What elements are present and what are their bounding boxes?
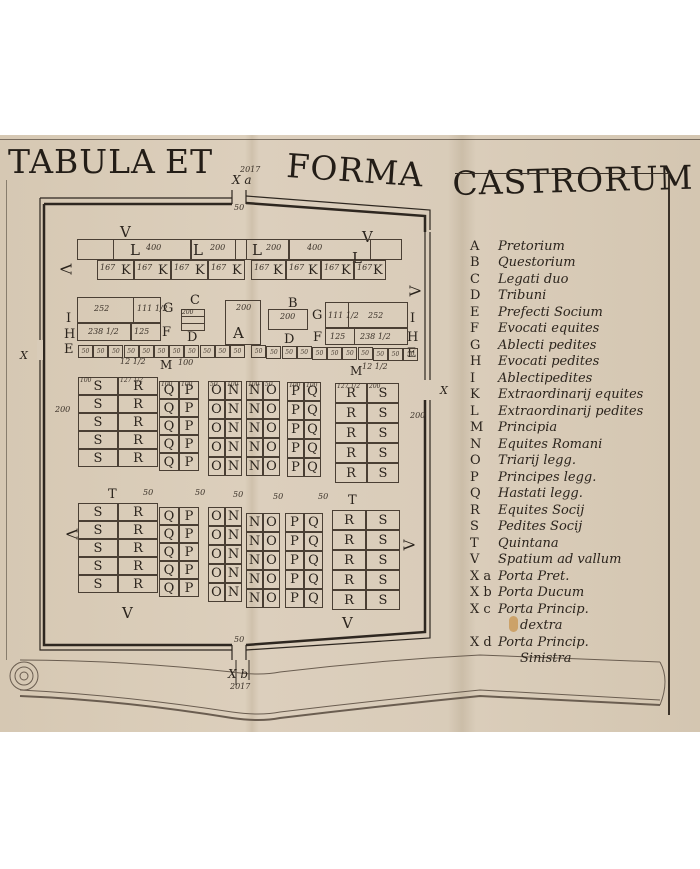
grid-cell: R <box>335 423 367 443</box>
legend-item: KExtraordinarij equites <box>470 387 670 404</box>
m-label-left: M <box>160 359 172 371</box>
legend-key: K <box>470 387 498 402</box>
gate-xa-distance: 2017 <box>240 166 260 174</box>
grid-header-value: 50 <box>210 382 218 388</box>
grid-cell: R <box>118 539 158 557</box>
l-value-1: 400 <box>146 244 161 252</box>
legend-value: Prefecti Socium <box>498 305 603 320</box>
grid-cell: N <box>246 589 263 608</box>
legend-value: Porta Princip. <box>498 635 589 650</box>
grid-cell: O <box>208 526 225 545</box>
grid-cell: R <box>118 521 158 539</box>
grid-cell: S <box>366 530 400 550</box>
f-label-right: F <box>313 331 322 344</box>
e-cell: 50 <box>327 347 342 360</box>
legend-value: Ablectipedites <box>498 371 592 386</box>
d-label-left: D <box>187 331 197 344</box>
legend: APretoriumBQuestoriumCLegati duoDTribuni… <box>470 238 670 667</box>
h-value-right: 238 1/2 <box>360 333 391 341</box>
legend-value: Legati duo <box>498 272 568 287</box>
grid-cell: Q <box>304 589 323 608</box>
grid-cell: S <box>78 449 118 467</box>
k-cell: 167K <box>321 260 354 280</box>
k-value: 167 <box>324 264 339 272</box>
legend-key: T <box>470 536 498 551</box>
legend-value: Pedites Socij <box>498 519 582 534</box>
grid-cell: R <box>118 575 158 593</box>
grid-cell: P <box>285 532 304 551</box>
grid-cell: Q <box>159 525 179 543</box>
grid-cell: Q <box>159 579 179 597</box>
grid-cell: O <box>263 438 280 457</box>
legend-item: CLegati duo <box>470 271 670 288</box>
l-label-2: L <box>193 243 203 258</box>
e-cell: 50 <box>78 345 93 358</box>
gate-xd-distance: 200 <box>410 412 425 420</box>
grid-header-value: 200 <box>369 384 380 390</box>
grid-cell: R <box>118 449 158 467</box>
legend-value: Evocati equites <box>498 321 599 336</box>
e-cell: 50 <box>312 347 327 360</box>
spacing-4: 50 <box>273 493 283 501</box>
legend-item: SPedites Socij <box>470 519 670 536</box>
legend-value: Porta Pret. <box>498 569 569 584</box>
legend-item: MPrincipia <box>470 420 670 437</box>
legend-value: Principes legg. <box>498 470 596 485</box>
grid-cell: Q <box>159 507 179 525</box>
grid-header-value: 100 <box>248 382 259 388</box>
grid-cell: N <box>246 457 263 476</box>
grid-cell: Q <box>304 439 321 458</box>
legend-value: Pretorium <box>498 239 565 254</box>
grid-cell: O <box>263 532 280 551</box>
grid-cell: O <box>208 419 225 438</box>
grid-cell: N <box>246 532 263 551</box>
grid-cell: R <box>118 431 158 449</box>
legend-item: X bPorta Ducum <box>470 585 670 602</box>
legend-item: TQuintana <box>470 535 670 552</box>
grid-cell: N <box>246 551 263 570</box>
h-label-left: H <box>64 328 75 341</box>
spacing-5: 50 <box>318 493 328 501</box>
legend-key: R <box>470 503 498 518</box>
grid-cell: Q <box>304 420 321 439</box>
legend-key: X d <box>470 635 498 650</box>
v-label-right-bottom: V <box>400 540 418 551</box>
e-cell: 50 <box>93 345 108 358</box>
legend-value: Sinistra <box>498 651 571 666</box>
e-cell: 50 <box>373 348 388 361</box>
f-value-left: 125 <box>134 328 149 336</box>
grid-cell: O <box>208 564 225 583</box>
grid-cell: P <box>179 453 199 471</box>
grid-cell: O <box>263 513 280 532</box>
grid-cell: O <box>208 583 225 602</box>
l-label-1: L <box>130 243 140 258</box>
legend-value: Evocati pedites <box>498 354 599 369</box>
grid-cell: S <box>78 395 118 413</box>
e-cell: 50 <box>403 348 418 361</box>
gate-xa-inner: 50 <box>234 204 244 212</box>
k-label: K <box>195 264 205 277</box>
grid-cell: Q <box>304 551 323 570</box>
legend-value: Equites Socij <box>498 503 584 518</box>
v-label-bottom-left: V <box>122 604 133 622</box>
spacing-2: 50 <box>195 489 205 497</box>
legend-value: Questorium <box>498 255 576 270</box>
h-label-right: H <box>407 331 418 344</box>
m-offset-left: 12 1/2 <box>120 358 146 366</box>
k-label: K <box>341 264 351 277</box>
legend-item: dextra <box>470 618 670 635</box>
spacing-1: 50 <box>143 489 153 497</box>
legend-item: REquites Socij <box>470 502 670 519</box>
k-cell: 167K <box>134 260 171 280</box>
e-cell: 50 <box>297 346 312 359</box>
legend-key: I <box>470 371 498 386</box>
m-value-left: 100 <box>178 359 193 367</box>
i-value-right: 252 <box>368 312 383 320</box>
grid-cell: N <box>225 526 242 545</box>
legend-item: X cPorta Princip. <box>470 601 670 618</box>
grid-cell: P <box>287 439 304 458</box>
e-label-left: E <box>64 343 74 356</box>
k-cell: 167K <box>97 260 134 280</box>
grid-cell: S <box>78 575 118 593</box>
k-value: 167 <box>100 264 115 272</box>
grid-cell: P <box>285 589 304 608</box>
k-cell: 167K <box>171 260 208 280</box>
grid-header-value: 100 <box>289 383 300 389</box>
grid-cell: R <box>118 413 158 431</box>
legend-item: NEquites Romani <box>470 436 670 453</box>
e-cell: 50 <box>266 346 281 359</box>
l-label-3: L <box>252 243 262 258</box>
grid-cell: R <box>332 510 366 530</box>
grid-cell: S <box>78 431 118 449</box>
legend-key: P <box>470 470 498 485</box>
legend-item: IAblectipedites <box>470 370 670 387</box>
t-label-left: T <box>108 488 117 501</box>
k-label: K <box>308 264 318 277</box>
c-value: 200 <box>182 310 193 316</box>
f-label-left: F <box>162 326 171 339</box>
legend-value: Extraordinarij equites <box>498 387 643 402</box>
legend-value: Equites Romani <box>498 437 602 452</box>
legend-value: Spatium ad vallum <box>498 552 622 567</box>
legend-key: F <box>470 321 498 336</box>
legend-key: O <box>470 453 498 468</box>
grid-cell: N <box>225 545 242 564</box>
m-value-right: 12 1/2 <box>362 363 388 371</box>
grid-cell: P <box>179 507 199 525</box>
grid-cell: R <box>332 590 366 610</box>
grid-cell: R <box>332 550 366 570</box>
grid-cell: Q <box>304 532 323 551</box>
grid-cell: N <box>225 583 242 602</box>
grid-cell: R <box>335 463 367 483</box>
m-label-right: M <box>350 365 362 377</box>
legend-item: OTriarij legg. <box>470 453 670 470</box>
grid-cell: O <box>208 400 225 419</box>
g-value-right: 111 1/2 <box>328 312 359 320</box>
grid-cell: Q <box>304 401 321 420</box>
gate-xc-distance: 200 <box>55 406 70 414</box>
grid-header-value: 127 1/2 <box>120 378 143 384</box>
gate-xc-label: X <box>20 350 28 361</box>
a-label: A <box>233 326 244 341</box>
v-label-right-top: V <box>406 286 424 297</box>
grid-cell: O <box>263 457 280 476</box>
legend-key: N <box>470 437 498 452</box>
spacing-3: 50 <box>233 491 243 499</box>
legend-key: M <box>470 420 498 435</box>
e-cell: 50 <box>200 345 215 358</box>
grid-cell: O <box>263 419 280 438</box>
k-cell: 167K <box>208 260 245 280</box>
legend-key: X c <box>470 602 498 617</box>
e-cell: 50 <box>358 347 373 360</box>
grid-cell: O <box>208 457 225 476</box>
legend-value: Ablecti pedites <box>498 338 596 353</box>
e-cell: 50 <box>154 345 169 358</box>
grid-cell: N <box>246 419 263 438</box>
grid-cell: P <box>287 458 304 477</box>
grid-cell: S <box>78 503 118 521</box>
grid-cell: R <box>332 530 366 550</box>
e-cell: 50 <box>282 346 297 359</box>
legati-divider <box>181 316 205 324</box>
ink-stain <box>509 616 518 632</box>
grid-cell: P <box>287 420 304 439</box>
grid-cell: P <box>179 525 199 543</box>
l-value-3: 200 <box>266 244 281 252</box>
grid-cell: O <box>263 589 280 608</box>
grid-cell: N <box>225 400 242 419</box>
grid-cell: N <box>225 419 242 438</box>
legend-value: Porta Ducum <box>498 585 584 600</box>
grid-cell: S <box>366 570 400 590</box>
legend-item: VSpatium ad vallum <box>470 552 670 569</box>
legend-key: H <box>470 354 498 369</box>
legend-key: Q <box>470 486 498 501</box>
legend-key: B <box>470 255 498 270</box>
grid-cell: P <box>179 579 199 597</box>
legend-item: DTribuni <box>470 288 670 305</box>
d-label-right: D <box>284 333 294 346</box>
grid-cell: N <box>246 438 263 457</box>
gate-xd-label: X <box>440 385 448 396</box>
v-label-left-top: V <box>56 264 74 275</box>
grid-header-value: 100 <box>80 378 91 384</box>
grid-cell: N <box>246 513 263 532</box>
grid-cell: S <box>78 557 118 575</box>
e-cell: 50 <box>251 345 266 358</box>
legend-item: FEvocati equites <box>470 321 670 338</box>
e-cell: 50 <box>184 345 199 358</box>
grid-header-value: 100 <box>161 382 172 388</box>
grid-cell: P <box>285 551 304 570</box>
legend-key: X a <box>470 569 498 584</box>
grid-cell: S <box>366 550 400 570</box>
c-label: C <box>190 294 200 307</box>
legend-key: G <box>470 338 498 353</box>
grid-cell: O <box>208 507 225 526</box>
k-cell: 167K <box>354 260 386 280</box>
gate-xb-label: X b <box>228 668 248 680</box>
grid-cell: N <box>225 564 242 583</box>
legend-item: BQuestorium <box>470 255 670 272</box>
legend-item: EPrefecti Socium <box>470 304 670 321</box>
legend-key: C <box>470 272 498 287</box>
grid-cell: Q <box>159 399 179 417</box>
grid-cell: N <box>225 507 242 526</box>
legend-item: HEvocati pedites <box>470 354 670 371</box>
legend-item: X dPorta Princip. <box>470 634 670 651</box>
grid-header-value: 100 <box>181 382 192 388</box>
legend-key: D <box>470 288 498 303</box>
grid-cell: Q <box>159 543 179 561</box>
grid-header-value: 50 <box>265 382 273 388</box>
legend-key: E <box>470 305 498 320</box>
grid-cell: S <box>366 510 400 530</box>
legend-value: Hastati legg. <box>498 486 583 501</box>
grid-cell: N <box>246 570 263 589</box>
i-value-left: 252 <box>94 305 109 313</box>
grid-cell: O <box>208 545 225 564</box>
grid-cell: S <box>367 443 399 463</box>
k-label: K <box>121 264 131 277</box>
t-label-right: T <box>348 494 357 507</box>
legend-key: L <box>470 404 498 419</box>
legend-key: X b <box>470 585 498 600</box>
legend-item: LExtraordinarij pedites <box>470 403 670 420</box>
legend-item: QHastati legg. <box>470 486 670 503</box>
legend-item: GAblecti pedites <box>470 337 670 354</box>
k-value: 167 <box>357 264 372 272</box>
k-cell: 167K <box>251 260 286 280</box>
l-value-2: 200 <box>210 244 225 252</box>
legend-item: Sinistra <box>470 651 670 668</box>
e-cell: 50 <box>342 347 357 360</box>
grid-cell: N <box>246 400 263 419</box>
k-label: K <box>373 264 383 277</box>
k-value: 167 <box>137 264 152 272</box>
grid-cell: S <box>78 539 118 557</box>
grid-cell: N <box>225 438 242 457</box>
grid-cell: Q <box>304 570 323 589</box>
grid-cell: Q <box>304 513 323 532</box>
b-value: 200 <box>280 313 295 321</box>
grid-cell: R <box>335 403 367 423</box>
i-label-right: I <box>410 312 415 325</box>
legend-value: Porta Princip. <box>498 602 589 617</box>
grid-cell: P <box>179 543 199 561</box>
k-value: 167 <box>211 264 226 272</box>
k-value: 167 <box>174 264 189 272</box>
grid-header-value: 100 <box>227 382 238 388</box>
e-cell: 50 <box>169 345 184 358</box>
legend-value: dextra <box>498 618 563 633</box>
legend-key: V <box>470 552 498 567</box>
grid-cell: O <box>263 400 280 419</box>
f-value-right: 125 <box>330 333 345 341</box>
grid-cell: Q <box>159 435 179 453</box>
a-value: 200 <box>236 304 251 312</box>
h-value-left: 238 1/2 <box>88 328 119 336</box>
grid-cell: S <box>367 423 399 443</box>
grid-cell: S <box>78 413 118 431</box>
grid-cell: P <box>179 399 199 417</box>
e-cell: 50 <box>388 348 403 361</box>
k-value: 167 <box>289 264 304 272</box>
e-cell: 50 <box>230 345 245 358</box>
v-label-bottom-right: V <box>342 614 353 632</box>
gate-xb-distance: 2017 <box>230 683 250 691</box>
k-label: K <box>158 264 168 277</box>
legend-item: APretorium <box>470 238 670 255</box>
g-label-left: G <box>163 302 173 315</box>
gate-xb-inner: 50 <box>234 636 244 644</box>
grid-cell: P <box>285 570 304 589</box>
legend-key: A <box>470 239 498 254</box>
grid-cell: S <box>367 463 399 483</box>
legend-item: X aPorta Pret. <box>470 568 670 585</box>
grid-cell: S <box>367 403 399 423</box>
legend-value: Quintana <box>498 536 559 551</box>
grid-cell: Q <box>159 453 179 471</box>
grid-cell: R <box>118 557 158 575</box>
grid-cell: R <box>335 443 367 463</box>
grid-cell: O <box>208 438 225 457</box>
grid-cell: P <box>179 561 199 579</box>
l-value-4: 400 <box>307 244 322 252</box>
grid-cell: R <box>332 570 366 590</box>
grid-cell: O <box>263 551 280 570</box>
grid-cell: N <box>225 457 242 476</box>
legend-key: S <box>470 519 498 534</box>
k-label: K <box>273 264 283 277</box>
grid-cell: Q <box>304 458 321 477</box>
legend-value: Tribuni <box>498 288 546 303</box>
grid-cell: S <box>78 521 118 539</box>
k-label: K <box>232 264 242 277</box>
grid-cell: R <box>118 395 158 413</box>
grid-cell: Q <box>159 561 179 579</box>
grid-cell: R <box>118 503 158 521</box>
k-cell: 167K <box>286 260 321 280</box>
grid-cell: Q <box>159 417 179 435</box>
grid-cell: O <box>263 570 280 589</box>
i-label-left: I <box>66 312 71 325</box>
grid-cell: S <box>366 590 400 610</box>
g-label-right: G <box>312 309 322 322</box>
e-cell: 50 <box>215 345 230 358</box>
k-value: 167 <box>254 264 269 272</box>
gate-xa-label: X a <box>232 174 252 186</box>
grid-header-value: 127 1/2 <box>337 384 360 390</box>
legend-value: Triarij legg. <box>498 453 576 468</box>
grid-cell: P <box>179 417 199 435</box>
legend-item: PPrincipes legg. <box>470 469 670 486</box>
grid-cell: P <box>179 435 199 453</box>
grid-cell: P <box>285 513 304 532</box>
grid-header-value: 100 <box>306 383 317 389</box>
grid-cell: P <box>287 401 304 420</box>
legend-value: Extraordinarij pedites <box>498 404 643 419</box>
legend-value: Principia <box>498 420 557 435</box>
